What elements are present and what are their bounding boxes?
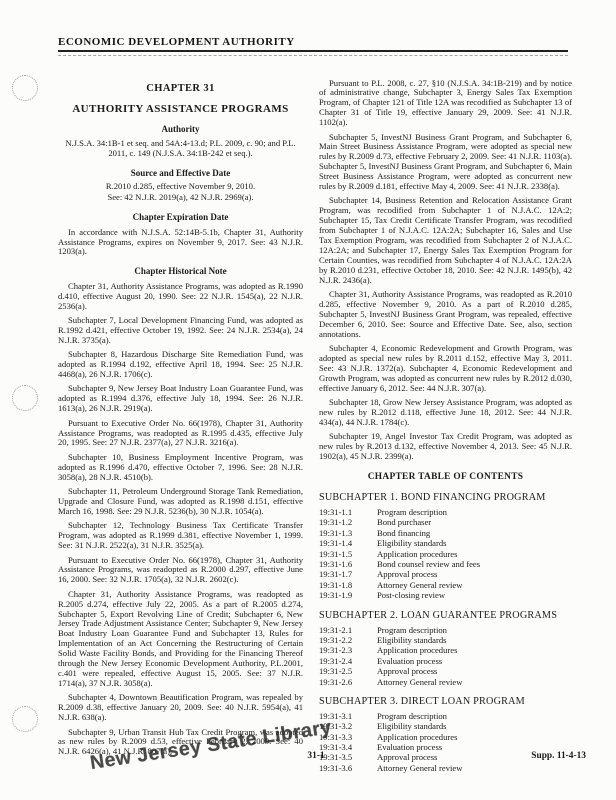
historical-paragraph: Chapter 31, Authority Assistance Program… (58, 590, 303, 689)
toc-section-title: Eligibility standards (377, 635, 572, 645)
historical-paragraph: Subchapter 4, Downtown Beautification Pr… (58, 693, 303, 723)
toc-entry: 19:31-1.3Bond financing (319, 528, 572, 538)
toc-section-title: Application procedures (377, 645, 572, 655)
toc-section-title: Approval process (377, 569, 572, 579)
toc-section-number: 19:31-1.7 (319, 569, 377, 579)
toc-entry: 19:31-1.6Bond counsel review and fees (319, 559, 572, 569)
toc-entry: 19:31-3.3Application procedures (319, 732, 572, 742)
expiration-paragraph: In accordance with N.J.S.A. 52:14B-5.1b,… (58, 228, 303, 258)
toc-section-title: Attorney General review (377, 677, 572, 687)
left-column: CHAPTER 31AUTHORITY ASSISTANCE PROGRAMSA… (58, 74, 303, 773)
toc-section-title: Application procedures (377, 549, 572, 559)
toc-section-title: Attorney General review (377, 763, 572, 773)
toc-entry: 19:31-2.1Program description (319, 625, 572, 635)
historical-paragraph: Subchapter 8, Hazardous Discharge Site R… (58, 350, 303, 380)
toc-entry: 19:31-1.4Eligibility standards (319, 538, 572, 548)
chapter-title: AUTHORITY ASSISTANCE PROGRAMS (58, 105, 303, 115)
toc-section-number: 19:31-1.6 (319, 559, 377, 569)
toc-section-number: 19:31-1.2 (319, 517, 377, 527)
subchapter-3-heading: SUBCHAPTER 3. DIRECT LOAN PROGRAM (319, 697, 572, 707)
toc-section-title: Eligibility standards (377, 721, 572, 731)
toc-section-number: 19:31-3.6 (319, 763, 377, 773)
toc-entry: 19:31-2.2Eligibility standards (319, 635, 572, 645)
chapter-table-of-contents-heading: CHAPTER TABLE OF CONTENTS (319, 473, 572, 483)
toc-entry: 19:31-2.3Application procedures (319, 645, 572, 655)
toc-section-title: Post-closing review (377, 590, 572, 600)
toc-section-number: 19:31-1.3 (319, 528, 377, 538)
hole-punch-top (12, 75, 38, 101)
right-column: Pursuant to P.L. 2008, c. 27, §10 (N.J.S… (319, 74, 572, 773)
subchapter-1-toc: 19:31-1.1Program description19:31-1.2Bon… (319, 507, 572, 601)
toc-section-number: 19:31-2.1 (319, 625, 377, 635)
historical-paragraph: Subchapter 12, Technology Business Tax C… (58, 521, 303, 551)
historical-paragraph: Subchapter 11, Petroleum Underground Sto… (58, 487, 303, 517)
historical-paragraph: Pursuant to Executive Order No. 66(1978)… (58, 419, 303, 449)
historical-paragraph: Subchapter 19, Angel Investor Tax Credit… (319, 432, 572, 462)
subchapter-1-heading: SUBCHAPTER 1. BOND FINANCING PROGRAM (319, 493, 572, 503)
historical-paragraph: Pursuant to P.L. 2008, c. 27, §10 (N.J.S… (319, 79, 572, 129)
toc-section-title: Program description (377, 711, 572, 721)
page-number: 31-1 (58, 751, 574, 761)
historical-paragraph: Subchapter 18, Grow New Jersey Assistanc… (319, 398, 572, 428)
toc-section-title: Bond financing (377, 528, 572, 538)
supplement-date: Supp. 11-4-13 (531, 751, 586, 761)
toc-section-number: 19:31-1.1 (319, 507, 377, 517)
toc-entry: 19:31-3.6Attorney General review (319, 763, 572, 773)
toc-section-number: 19:31-2.2 (319, 635, 377, 645)
historical-paragraph: Subchapter 14, Business Retention and Re… (319, 196, 572, 285)
toc-entry: 19:31-1.5Application procedures (319, 549, 572, 559)
source-line: R.2010 d.285, effective November 9, 2010… (58, 182, 303, 192)
heading-chapter-historical-note: Chapter Historical Note (58, 267, 303, 277)
page-title: ECONOMIC DEVELOPMENT AUTHORITY (58, 36, 568, 48)
historical-paragraph: Subchapter 4, Economic Redevelopment and… (319, 344, 572, 394)
subchapter-2-toc: 19:31-2.1Program description19:31-2.2Eli… (319, 625, 572, 687)
toc-entry: 19:31-1.7Approval process (319, 569, 572, 579)
document-page: ECONOMIC DEVELOPMENT AUTHORITY CHAPTER 3… (0, 0, 616, 800)
two-column-body: CHAPTER 31AUTHORITY ASSISTANCE PROGRAMSA… (58, 74, 572, 773)
toc-section-title: Program description (377, 625, 572, 635)
toc-entry: 19:31-1.2Bond purchaser (319, 517, 572, 527)
toc-section-title: Approval process (377, 666, 572, 676)
toc-section-number: 19:31-1.8 (319, 580, 377, 590)
toc-section-number: 19:31-1.4 (319, 538, 377, 548)
historical-paragraph: Chapter 31, Authority Assistance Program… (319, 290, 572, 340)
toc-section-title: Program description (377, 507, 572, 517)
toc-section-title: Bond purchaser (377, 517, 572, 527)
toc-section-title: Application procedures (377, 732, 572, 742)
toc-entry: 19:31-2.4Evaluation process (319, 656, 572, 666)
heading-chapter-expiration-date: Chapter Expiration Date (58, 213, 303, 223)
page-header: ECONOMIC DEVELOPMENT AUTHORITY (58, 36, 568, 56)
toc-section-number: 19:31-2.5 (319, 666, 377, 676)
source-see-line: See: 42 N.J.R. 2019(a), 42 N.J.R. 2969(a… (58, 193, 303, 203)
chapter-number: CHAPTER 31 (58, 84, 303, 94)
toc-entry: 19:31-3.1Program description (319, 711, 572, 721)
toc-section-number: 19:31-2.4 (319, 656, 377, 666)
subchapter-3-toc: 19:31-3.1Program description19:31-3.2Eli… (319, 711, 572, 773)
toc-section-title: Evaluation process (377, 656, 572, 666)
historical-paragraph: Chapter 31, Authority Assistance Program… (58, 282, 303, 312)
header-rule (58, 50, 568, 56)
hole-punch-bottom (12, 706, 38, 732)
historical-paragraph: Subchapter 7, Local Development Financin… (58, 316, 303, 346)
historical-paragraph: Subchapter 5, InvestNJ Business Grant Pr… (319, 133, 572, 192)
historical-paragraph: Subchapter 9, New Jersey Boat Industry L… (58, 384, 303, 414)
heading-authority: Authority (58, 125, 303, 135)
toc-section-number: 19:31-1.5 (319, 549, 377, 559)
toc-entry: 19:31-3.2Eligibility standards (319, 721, 572, 731)
toc-entry: 19:31-1.1Program description (319, 507, 572, 517)
authority-citation: N.J.S.A. 34:1B-1 et seq. and 54A:4-13.d;… (58, 139, 303, 159)
toc-entry: 19:31-2.5Approval process (319, 666, 572, 676)
toc-section-number: 19:31-2.6 (319, 677, 377, 687)
toc-section-title: Eligibility standards (377, 538, 572, 548)
toc-section-title: Attorney General review (377, 580, 572, 590)
historical-paragraph: Subchapter 10, Business Employment Incen… (58, 453, 303, 483)
subchapter-2-heading: SUBCHAPTER 2. LOAN GUARANTEE PROGRAMS (319, 611, 572, 621)
historical-paragraph: Pursuant to Executive Order No. 66(1978)… (58, 556, 303, 586)
toc-section-number: 19:31-1.9 (319, 590, 377, 600)
toc-entry: 19:31-1.8Attorney General review (319, 580, 572, 590)
toc-section-title: Bond counsel review and fees (377, 559, 572, 569)
toc-entry: 19:31-2.6Attorney General review (319, 677, 572, 687)
toc-entry: 19:31-1.9Post-closing review (319, 590, 572, 600)
toc-section-number: 19:31-2.3 (319, 645, 377, 655)
heading-source-effective-date: Source and Effective Date (58, 169, 303, 179)
hole-punch-middle (12, 385, 38, 411)
